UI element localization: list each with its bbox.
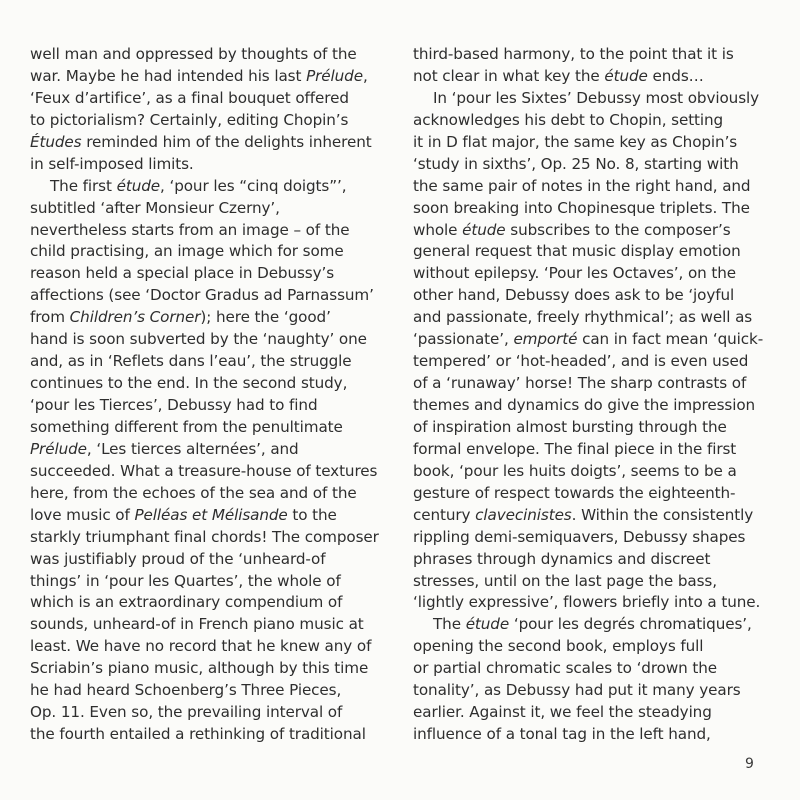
text-segment: it in D flat major, the same key as Chop… [413,133,737,151]
text-line: he had heard Schoenberg’s Three Pieces, [30,680,405,702]
text-line: phrases through dynamics and discreet [413,549,788,571]
text-line: acknowledges his debt to Chopin, setting [413,110,788,132]
text-line: whole étude subscribes to the composer’s [413,220,788,242]
italic-text: Children’s Corner [70,308,201,326]
text-column-left: well man and oppressed by thoughts of th… [30,44,405,746]
text-line: Prélude, ‘Les tierces alternées’, and [30,439,405,461]
text-line: influence of a tonal tag in the left han… [413,724,788,746]
text-line: century clavecinistes. Within the consis… [413,505,788,527]
text-line: Scriabin’s piano music, although by this… [30,658,405,680]
text-line: general request that music display emoti… [413,241,788,263]
text-segment: nevertheless starts from an image – of t… [30,221,349,239]
text-line: Op. 11. Even so, the prevailing interval… [30,702,405,724]
text-line: subtitled ‘after Monsieur Czerny’, [30,198,405,220]
italic-text: étude [462,221,505,239]
text-segment: . Within the consistently [572,506,753,524]
text-line: from Children’s Corner); here the ‘good’ [30,307,405,329]
text-line: well man and oppressed by thoughts of th… [30,44,405,66]
text-segment: war. Maybe he had intended his last [30,67,306,85]
text-line: the same pair of notes in the right hand… [413,176,788,198]
text-segment: Scriabin’s piano music, although by this… [30,659,368,677]
italic-text: étude [117,177,160,195]
text-line: In ‘pour les Sixtes’ Debussy most obviou… [413,88,788,110]
text-line: here, from the echoes of the sea and of … [30,483,405,505]
text-line: ‘study in sixths’, Op. 25 No. 8, startin… [413,154,788,176]
text-line: tempered’ or ‘hot-headed’, and is even u… [413,351,788,373]
text-segment: ‘pour les degrés chromatiques’, [509,615,752,633]
text-segment: starkly triumphant final chords! The com… [30,528,379,546]
text-segment: well man and oppressed by thoughts of th… [30,45,357,63]
text-segment: formal envelope. The final piece in the … [413,440,736,458]
text-segment: ‘study in sixths’, Op. 25 No. 8, startin… [413,155,739,173]
text-line: nevertheless starts from an image – of t… [30,220,405,242]
text-line: ‘passionate’, emporté can in fact mean ‘… [413,329,788,351]
text-segment: and, as in ‘Reflets dans l’eau’, the str… [30,352,352,370]
text-segment: century [413,506,475,524]
text-segment: subtitled ‘after Monsieur Czerny’, [30,199,280,217]
text-line: Études reminded him of the delights inhe… [30,132,405,154]
text-line: earlier. Against it, we feel the steadyi… [413,702,788,724]
text-segment: third-based harmony, to the point that i… [413,45,734,63]
text-segment: , ‘pour les “cinq doigts”’, [160,177,346,195]
text-line: and passionate, freely rhythmical’; as w… [413,307,788,329]
italic-text: Pelléas et Mélisande [134,506,287,524]
text-line: of inspiration almost bursting through t… [413,417,788,439]
text-segment: to pictorialism? Certainly, editing Chop… [30,111,348,129]
text-segment: the same pair of notes in the right hand… [413,177,750,195]
text-segment: and passionate, freely rhythmical’; as w… [413,308,752,326]
text-segment: continues to the end. In the second stud… [30,374,347,392]
text-segment: he had heard Schoenberg’s Three Pieces, [30,681,341,699]
text-line: The first étude, ‘pour les “cinq doigts”… [30,176,405,198]
text-segment: love music of [30,506,134,524]
text-segment: the fourth entailed a rethinking of trad… [30,725,366,743]
text-line: love music of Pelléas et Mélisande to th… [30,505,405,527]
italic-text: emporté [513,330,577,348]
text-segment: child practising, an image which for som… [30,242,344,260]
text-line: continues to the end. In the second stud… [30,373,405,395]
text-line: stresses, until on the last page the bas… [413,571,788,593]
text-line: of a ‘runaway’ horse! The sharp contrast… [413,373,788,395]
text-line: or partial chromatic scales to ‘drown th… [413,658,788,680]
text-line: ‘Feux d’artifice’, as a final bouquet of… [30,88,405,110]
text-segment: tempered’ or ‘hot-headed’, and is even u… [413,352,748,370]
text-line: third-based harmony, to the point that i… [413,44,788,66]
text-segment: from [30,308,70,326]
text-segment: The [433,615,466,633]
text-line: and, as in ‘Reflets dans l’eau’, the str… [30,351,405,373]
text-segment: to the [288,506,337,524]
text-line: starkly triumphant final chords! The com… [30,527,405,549]
text-segment: ); here the ‘good’ [200,308,330,326]
text-segment: book, ‘pour les huits doigts’, seems to … [413,462,737,480]
text-segment: can in fact mean ‘quick- [577,330,763,348]
text-segment: without epilepsy. ‘Pour les Octaves’, on… [413,264,736,282]
italic-text: Prélude [306,67,363,85]
italic-text: Prélude [30,440,87,458]
text-line: formal envelope. The final piece in the … [413,439,788,461]
text-segment: hand is soon subverted by the ‘naughty’ … [30,330,367,348]
text-segment: was justifiably proud of the ‘unheard-of [30,550,325,568]
italic-text: Études [30,133,81,151]
text-line: rippling demi-semiquavers, Debussy shape… [413,527,788,549]
text-line: things’ in ‘pour les Quartes’, the whole… [30,571,405,593]
text-column-right: third-based harmony, to the point that i… [413,44,788,746]
text-line: to pictorialism? Certainly, editing Chop… [30,110,405,132]
text-segment: ‘passionate’, [413,330,513,348]
text-line: which is an extraordinary compendium of [30,592,405,614]
text-line: ‘pour les Tierces’, Debussy had to find [30,395,405,417]
text-segment: opening the second book, employs full [413,637,703,655]
text-line: sounds, unheard-of in French piano music… [30,614,405,636]
text-segment: ends… [648,67,704,85]
text-segment: ‘Feux d’artifice’, as a final bouquet of… [30,89,349,107]
text-segment: In ‘pour les Sixtes’ Debussy most obviou… [433,89,759,107]
text-segment: here, from the echoes of the sea and of … [30,484,357,502]
text-segment: stresses, until on the last page the bas… [413,572,717,590]
text-line: ‘lightly expressive’, flowers briefly in… [413,592,788,614]
text-segment: soon breaking into Chopinesque triplets.… [413,199,750,217]
text-line: it in D flat major, the same key as Chop… [413,132,788,154]
text-line: reason held a special place in Debussy’s [30,263,405,285]
text-segment: reminded him of the delights inherent [81,133,371,151]
italic-text: étude [466,615,509,633]
text-line: the fourth entailed a rethinking of trad… [30,724,405,746]
text-segment: , ‘Les tierces alternées’, and [87,440,299,458]
text-line: hand is soon subverted by the ‘naughty’ … [30,329,405,351]
text-segment: least. We have no record that he knew an… [30,637,371,655]
text-line: least. We have no record that he knew an… [30,636,405,658]
text-line: child practising, an image which for som… [30,241,405,263]
text-segment: whole [413,221,462,239]
text-line: affections (see ‘Doctor Gradus ad Parnas… [30,285,405,307]
text-segment: general request that music display emoti… [413,242,741,260]
text-line: without epilepsy. ‘Pour les Octaves’, on… [413,263,788,285]
text-segment: reason held a special place in Debussy’s [30,264,334,282]
text-line: war. Maybe he had intended his last Prél… [30,66,405,88]
text-segment: ‘pour les Tierces’, Debussy had to find [30,396,318,414]
text-line: tonality’, as Debussy had put it many ye… [413,680,788,702]
text-line: soon breaking into Chopinesque triplets.… [413,198,788,220]
text-segment: phrases through dynamics and discreet [413,550,710,568]
text-line: other hand, Debussy does ask to be ‘joyf… [413,285,788,307]
text-line: in self-imposed limits. [30,154,405,176]
text-segment: Op. 11. Even so, the prevailing interval… [30,703,342,721]
text-segment: which is an extraordinary compendium of [30,593,342,611]
text-segment: sounds, unheard-of in French piano music… [30,615,364,633]
text-line: gesture of respect towards the eighteent… [413,483,788,505]
text-line: was justifiably proud of the ‘unheard-of [30,549,405,571]
text-segment: in self-imposed limits. [30,155,194,173]
text-segment: other hand, Debussy does ask to be ‘joyf… [413,286,734,304]
text-segment: gesture of respect towards the eighteent… [413,484,735,502]
text-segment: of a ‘runaway’ horse! The sharp contrast… [413,374,746,392]
text-segment: tonality’, as Debussy had put it many ye… [413,681,741,699]
text-line: something different from the penultimate [30,417,405,439]
text-segment: not clear in what key the [413,67,604,85]
text-line: The étude ‘pour les degrés chromatiques’… [413,614,788,636]
text-segment: themes and dynamics do give the impressi… [413,396,755,414]
text-segment: rippling demi-semiquavers, Debussy shape… [413,528,745,546]
text-line: book, ‘pour les huits doigts’, seems to … [413,461,788,483]
text-segment: of inspiration almost bursting through t… [413,418,727,436]
text-segment: things’ in ‘pour les Quartes’, the whole… [30,572,341,590]
text-line: themes and dynamics do give the impressi… [413,395,788,417]
text-segment: acknowledges his debt to Chopin, setting [413,111,723,129]
text-segment: , [363,67,368,85]
text-line: opening the second book, employs full [413,636,788,658]
italic-text: étude [604,67,647,85]
text-segment: influence of a tonal tag in the left han… [413,725,711,743]
text-line: succeeded. What a treasure-house of text… [30,461,405,483]
text-segment: ‘lightly expressive’, flowers briefly in… [413,593,760,611]
text-segment: subscribes to the composer’s [506,221,731,239]
page-number: 9 [745,756,754,772]
text-segment: The first [50,177,117,195]
text-segment: succeeded. What a treasure-house of text… [30,462,377,480]
italic-text: clavecinistes [475,506,571,524]
text-segment: earlier. Against it, we feel the steadyi… [413,703,712,721]
text-segment: something different from the penultimate [30,418,343,436]
text-segment: or partial chromatic scales to ‘drown th… [413,659,717,677]
text-segment: affections (see ‘Doctor Gradus ad Parnas… [30,286,374,304]
text-line: not clear in what key the étude ends… [413,66,788,88]
